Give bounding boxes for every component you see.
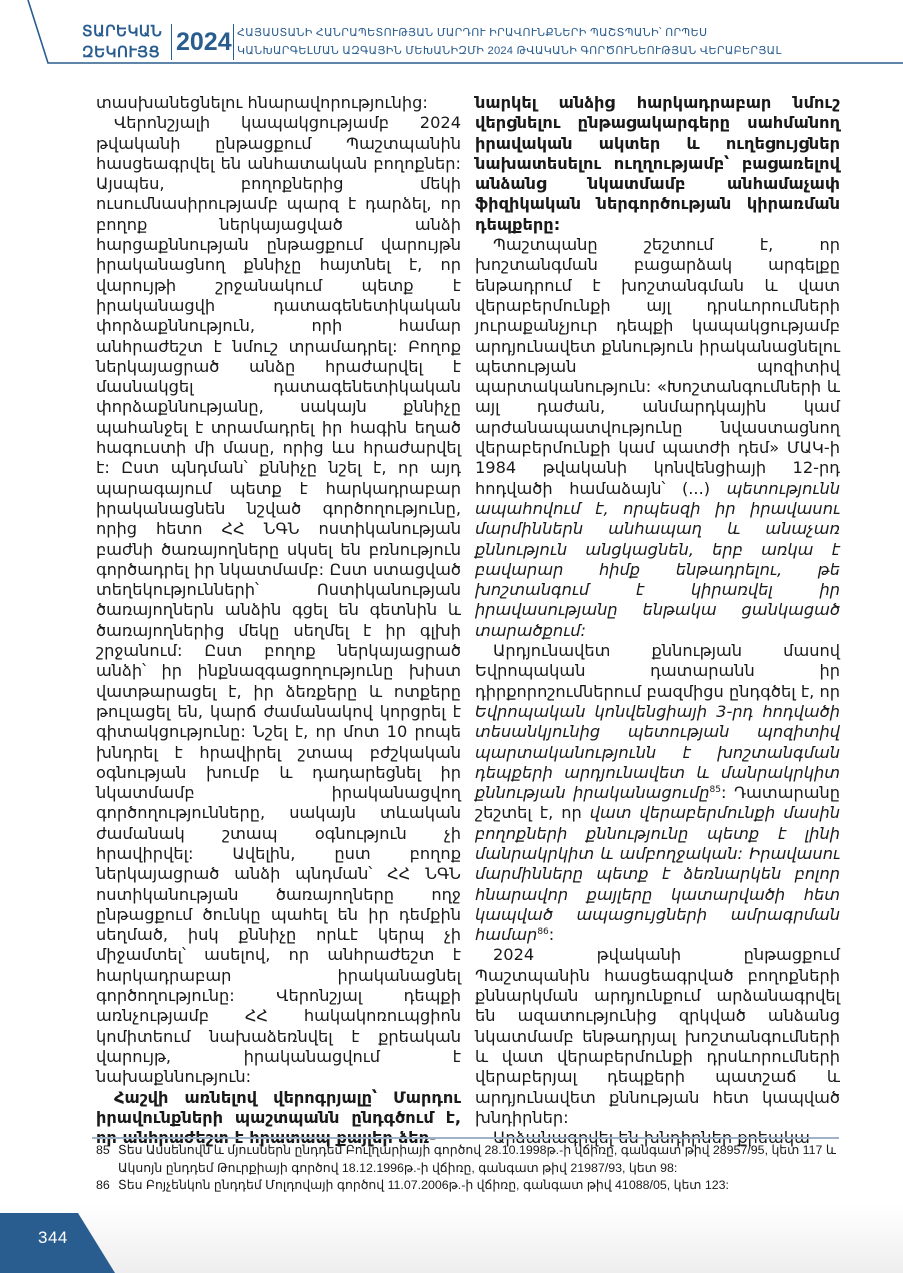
paragraph-2024-findings: 2024 թվականի ընթացքում Պաշտպանին հասցեագ… <box>475 945 840 1128</box>
court-quote-2: վատ վերաբերմունքի մասին բողոքների քննութ… <box>475 803 840 944</box>
brand-line-1: ՏԱՐԵԿԱՆ <box>82 21 162 42</box>
paragraph-text: Պաշտպանը շեշտում է, որ խոշտանգման բացարձ… <box>475 235 840 498</box>
footnote-85: 85 Տես Ասսենովն և մյուսներն ընդդեմ Բուլղ… <box>96 1142 841 1177</box>
paragraph-recommendation-end: նարկել անձից հարկադրաբար նմուշ վերցնելու… <box>475 93 840 235</box>
footnote-number: 86 <box>96 1177 118 1195</box>
report-title: ՀԱՅԱՍՏԱՆԻ ՀԱՆՐԱՊԵՏՈՒԹՅԱՆ ՄԱՐԴՈՒ ԻՐԱՎՈՒՆՔ… <box>237 24 782 60</box>
paragraph-recommendation-start: Հաշվի առնելով վերոգրյալը՝ Մարդու իրավուն… <box>96 1088 461 1149</box>
paragraph-text: Արդյունավետ քննության մասով Եվրոպական դա… <box>475 641 840 701</box>
report-year: 2024 <box>176 24 232 60</box>
footnote-ref-85[interactable]: 85 <box>710 785 721 795</box>
paragraph-un-convention: Պաշտպանը շեշտում է, որ խոշտանգման բացարձ… <box>475 235 840 641</box>
report-brand: ՏԱՐԵԿԱՆ ԶԵԿՈՒՅՑ <box>82 21 162 63</box>
right-column: նարկել անձից հարկադրաբար նմուշ վերցնելու… <box>475 93 840 1148</box>
footnotes: 85 Տես Ասսենովն և մյուսներն ընդդեմ Բուլղ… <box>96 1142 841 1195</box>
convention-quote: պետությունն ապահովում է, որպեսզի իր իրավ… <box>475 479 840 640</box>
paragraph-complaint-case: Վերոնշյալի կապակցությամբ 2024 թվականի ըն… <box>96 113 461 1087</box>
brand-line-2: ԶԵԿՈՒՅՑ <box>82 42 162 63</box>
footnote-86: 86 Տես Բոյչենկոն ընդդեմ Մոլդովայի գործով… <box>96 1177 841 1195</box>
footnote-ref-86[interactable]: 86 <box>537 927 548 937</box>
left-column: տասխանեցնելու հնարավորությունից: Վերոնշյ… <box>96 93 461 1148</box>
title-divider <box>233 24 234 60</box>
brand-divider <box>171 24 172 60</box>
footnote-text: Տես Ասսենովն և մյուսներն ընդդեմ Բուլղարի… <box>118 1142 841 1177</box>
footer-background <box>0 1205 903 1273</box>
paragraph-continuation: տասխանեցնելու հնարավորությունից: <box>96 93 461 113</box>
report-title-line-2: ԿԱՆԽԱՐԳԵԼՄԱՆ ԱԶԳԱՅԻՆ ՄԵԽԱՆԻԶՄԻ 2024 ԹՎԱԿ… <box>237 42 782 60</box>
paragraph-european-court: Արդյունավետ քննության մասով Եվրոպական դա… <box>475 641 840 945</box>
page-number: 344 <box>38 1228 68 1248</box>
paragraph-text: : <box>549 925 554 944</box>
footnote-number: 85 <box>96 1142 118 1177</box>
footnote-text: Տես Բոյչենկոն ընդդեմ Մոլդովայի գործով 11… <box>118 1177 729 1195</box>
report-title-line-1: ՀԱՅԱՍՏԱՆԻ ՀԱՆՐԱՊԵՏՈՒԹՅԱՆ ՄԱՐԴՈՒ ԻՐԱՎՈՒՆՔ… <box>237 24 782 42</box>
page-header: ՏԱՐԵԿԱՆ ԶԵԿՈՒՅՑ 2024 ՀԱՅԱՍՏԱՆԻ ՀԱՆՐԱՊԵՏՈ… <box>0 0 903 75</box>
footnote-divider <box>92 1137 839 1139</box>
